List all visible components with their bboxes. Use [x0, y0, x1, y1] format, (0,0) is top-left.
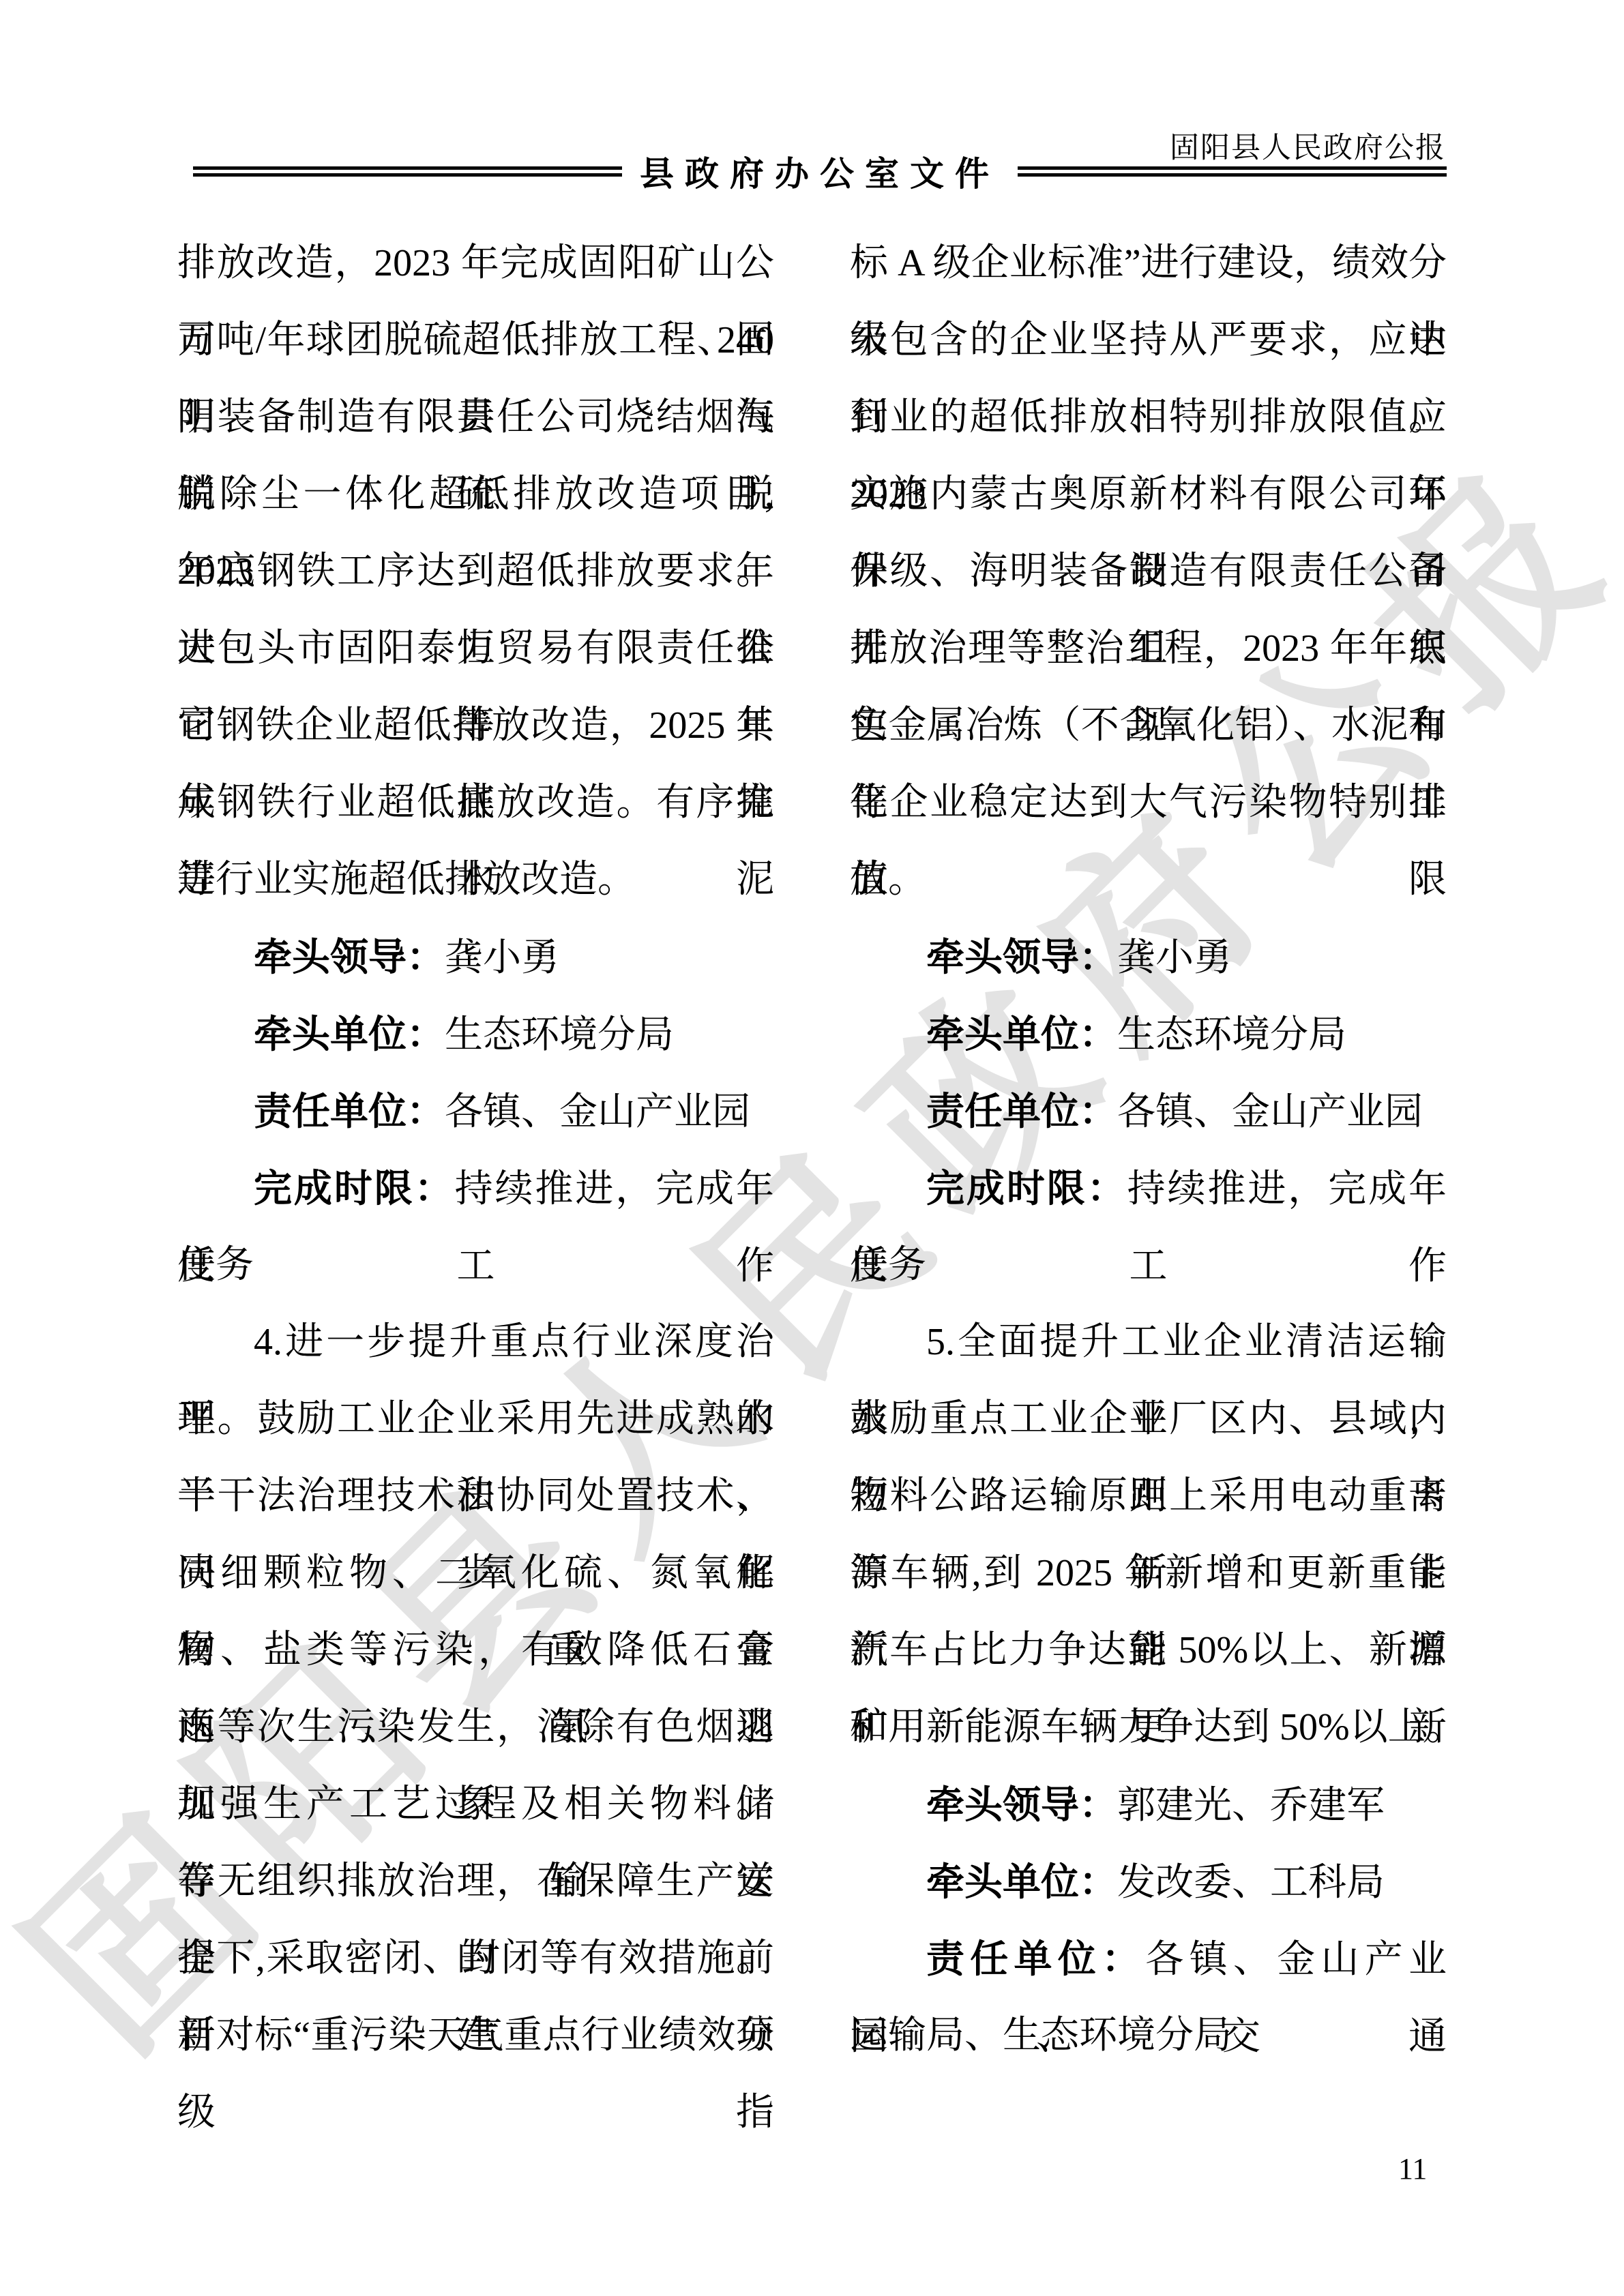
field-label: 完成时限：: [254, 1167, 455, 1210]
text-line: 源车辆,到 2025 年新增和更新重卡新能源: [850, 1535, 1447, 1612]
field-label: 牵头领导：: [926, 1783, 1117, 1826]
field-label: 牵头领导：: [926, 936, 1117, 979]
text-run: 龚小勇: [1117, 937, 1232, 979]
text-line: 明装备制造有限责任公司烧结烟气脱硫脱: [177, 379, 774, 456]
text-run: 等行业实施超低排放改造。: [177, 859, 636, 901]
text-run: 目对标“重污染天气重点行业绩效分级指: [177, 2014, 774, 2134]
field-label: 牵头领导：: [254, 936, 445, 979]
text-line: 半干法治理技术和协同处置技术，同步解: [177, 1458, 774, 1535]
text-line: 责任单位：各镇、金山产业园: [850, 1073, 1447, 1150]
text-line: 提下,采取密闭、封闭等有效措施。新建项: [177, 1920, 774, 1997]
field-label: 责任单位：: [254, 1090, 445, 1133]
text-line: 牵头领导：龚小勇: [850, 919, 1447, 996]
text-line: 牵头领导：龚小勇: [177, 919, 774, 996]
text-line: 万吨/年球团脱硫超低排放工程、固阳县海: [177, 302, 774, 379]
text-run: 发改委、工科局: [1117, 1862, 1385, 1904]
field-label: 完成时限：: [926, 1167, 1127, 1210]
text-run: 生态环境分局: [1117, 1014, 1346, 1056]
text-line: 目对标“重污染天气重点行业绩效分级指: [177, 1997, 774, 2074]
text-line: 平。鼓励工业企业采用先进成熟的干法、: [177, 1381, 774, 1458]
text-run: 龚小勇: [445, 937, 559, 979]
text-line: 销除尘一体化超低排放改造项目, 2023 年: [177, 456, 774, 533]
field-label: 牵头单位：: [926, 1013, 1117, 1056]
text-line: 标 A 级企业标准”进行建设，绩效分级中: [850, 225, 1447, 302]
text-run: 运输局、生态环境分局: [850, 2014, 1232, 2057]
document-page: 固阳县人民政府公报 固阳县人民政府公报 县政府办公室文件 排放改造，2023 年…: [0, 0, 1624, 2296]
field-label: 责任单位：: [926, 1090, 1117, 1133]
text-line: 排放治理等整治工程，2023 年年底实现有: [850, 610, 1447, 687]
text-line: 属、盐类等污染，有效降低石膏雨、氨逃: [177, 1612, 774, 1689]
text-line: 加强生产工艺过程及相关物料储存、输送: [177, 1766, 774, 1843]
text-line: 色金属冶炼（不含氧化铝）、水泥和化工: [850, 687, 1447, 764]
text-line: 责任单位：各镇、金山产业园: [177, 1073, 774, 1150]
text-line: 鼓励重点工业企业厂区内、县域内短距离: [850, 1381, 1447, 1458]
body-column-right: 标 A 级企业标准”进行建设，绩效分级中未包含的企业坚持从严要求，应达到相应行业…: [850, 225, 1447, 2074]
text-line: 牵头领导：郭建光、乔建军: [850, 1766, 1447, 1843]
header-rule-band: 县政府办公室文件: [193, 149, 1447, 194]
text-run: 各镇、金山产业园: [1117, 1091, 1423, 1133]
text-line: 实施内蒙古奥原新材料有限公司环保设备: [850, 456, 1447, 533]
text-line: 4.进一步提升重点行业深度治理水: [177, 1304, 774, 1381]
text-line: 未包含的企业坚持从严要求，应达到相应: [850, 302, 1447, 379]
text-line: 年底钢铁工序达到超低排放要求。大力推: [177, 533, 774, 610]
field-label: 牵头单位：: [926, 1860, 1117, 1903]
field-label: 牵头单位：: [254, 1013, 445, 1056]
double-rule-right: [1018, 166, 1447, 177]
text-line: 进包头市固阳泰恒贸易有限责任公司等其: [177, 610, 774, 687]
text-run: 郭建光、乔建军: [1117, 1785, 1385, 1827]
text-run: 任务: [177, 1244, 254, 1286]
double-rule-left: [193, 166, 622, 177]
text-line: 责任单位：各镇、金山产业园、交通: [850, 1920, 1447, 1997]
text-line: 完成时限：持续推进，完成年度工作: [850, 1150, 1447, 1227]
text-line: 矿用新能源车辆力争达到 50%以上。: [850, 1689, 1447, 1766]
text-line: 排放改造，2023 年完成固阳矿山公司 240: [177, 225, 774, 302]
page-number: 11: [1398, 2151, 1427, 2186]
text-line: 完成时限：持续推进，完成年度工作: [177, 1150, 774, 1227]
text-run: 矿用新能源车辆力争达到 50%以上。: [850, 1706, 1464, 1748]
field-label: 责任单位：: [926, 1937, 1145, 1980]
text-line: 它钢铁企业超低排放改造，2025 年年底完: [177, 687, 774, 764]
doc-type-banner: 县政府办公室文件: [640, 147, 1000, 196]
text-line: 牵头单位：发改委、工科局: [850, 1843, 1447, 1920]
text-run: 生态环境分局: [445, 1014, 674, 1056]
text-run: 任务: [850, 1244, 926, 1286]
text-line: 汽车占比力争达到 50%以上、新增和更新: [850, 1612, 1447, 1689]
text-line: 成钢铁行业超低排放改造。有序推进水泥: [177, 764, 774, 841]
text-line: 升级、海明装备制造有限责任公司无组织: [850, 533, 1447, 610]
text-line: 等无组织排放治理，在保障生产安全的前: [177, 1843, 774, 1920]
text-line: 物料公路运输原则上采用电动重卡等新能: [850, 1458, 1447, 1535]
text-line: 牵头单位：生态环境分局: [177, 996, 774, 1073]
text-line: 牵头单位：生态环境分局: [850, 996, 1447, 1073]
body-column-left: 排放改造，2023 年完成固阳矿山公司 240万吨/年球团脱硫超低排放工程、固阳…: [177, 225, 774, 2074]
text-run: 等企业稳定达到大气污染物特别排放限: [850, 781, 1447, 901]
text-run: 各镇、金山产业园: [445, 1091, 750, 1133]
text-run: 值。: [850, 859, 926, 901]
text-line: 5.全面提升工业企业清洁运输水平，: [850, 1304, 1447, 1381]
text-line: 逸等次生污染发生，消除有色烟羽现象。: [177, 1689, 774, 1766]
text-line: 等企业稳定达到大气污染物特别排放限: [850, 764, 1447, 841]
text-line: 决细颗粒物、二氧化硫、氮氧化物、重金: [177, 1535, 774, 1612]
text-line: 行业的超低排放、特别排放限值。2023 年: [850, 379, 1447, 456]
